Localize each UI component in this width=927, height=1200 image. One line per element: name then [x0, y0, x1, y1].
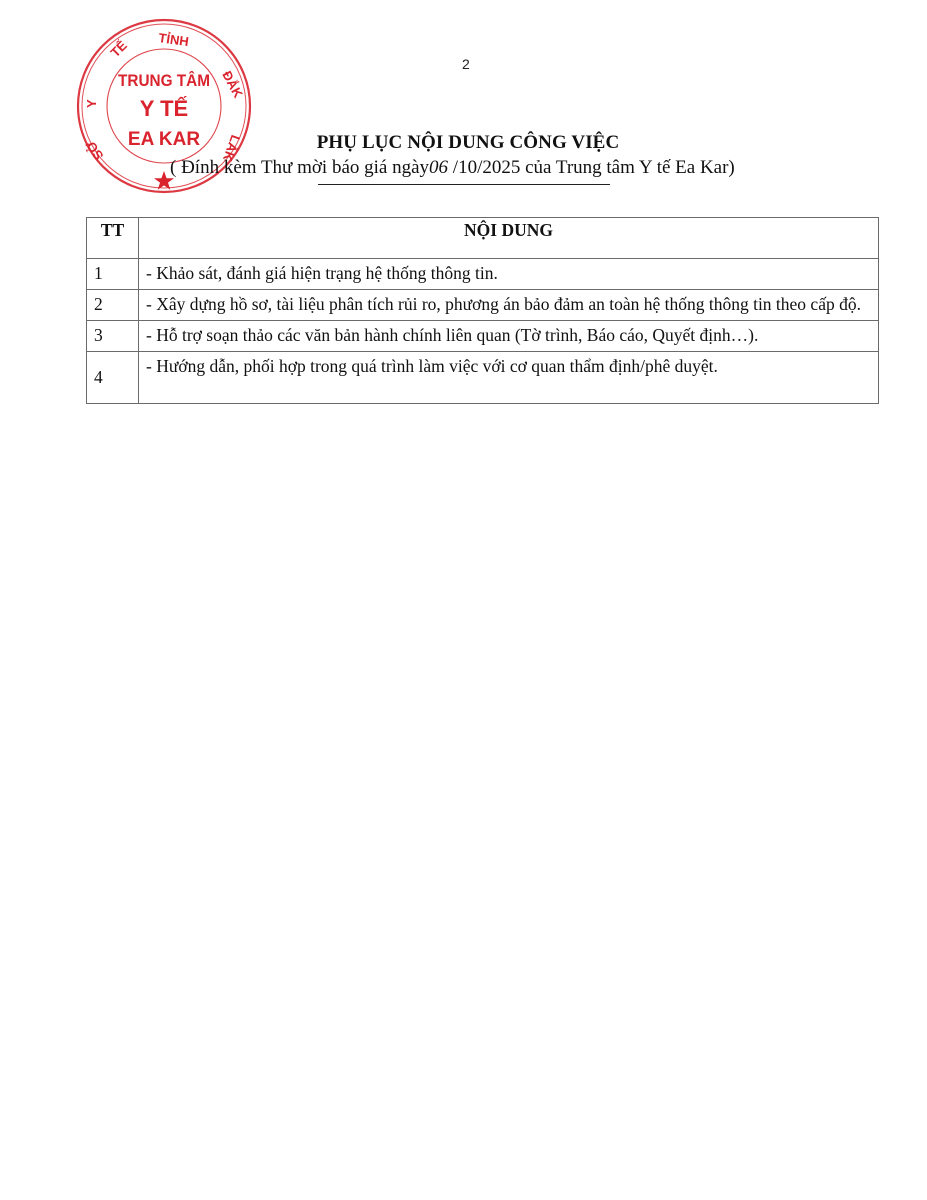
document-subtitle: ( Đính kèm Thư mời báo giá ngày06 /10/20… [170, 157, 735, 179]
table-row: 2 - Xây dựng hồ sơ, tài liệu phân tích r… [87, 290, 879, 321]
stamp-ring-te: TẾ [108, 38, 131, 61]
stamp-line-1: TRUNG TÂM [118, 71, 210, 90]
row-content: - Hỗ trợ soạn thảo các văn bản hành chín… [139, 321, 879, 352]
stamp-ring-dak: ĐẮK [219, 68, 246, 100]
stamp-line-2: Y TẾ [140, 96, 189, 121]
row-number: 2 [87, 290, 139, 321]
row-content: - Xây dựng hồ sơ, tài liệu phân tích rủi… [139, 290, 879, 321]
stamp-ring-tinh: TỈNH [158, 30, 190, 49]
header-content: NỘI DUNG [139, 218, 879, 259]
table-row: 1 - Khảo sát, đánh giá hiện trạng hệ thố… [87, 259, 879, 290]
subtitle-prefix: ( Đính kèm Thư mời báo giá ngày [170, 157, 429, 178]
page-number: 2 [462, 56, 470, 72]
row-content: - Khảo sát, đánh giá hiện trạng hệ thống… [139, 259, 879, 290]
row-number: 1 [87, 259, 139, 290]
table-header-row: TT NỘI DUNG [87, 218, 879, 259]
row-content: - Hướng dẫn, phối hợp trong quá trình là… [139, 352, 879, 404]
document-title: PHỤ LỤC NỘI DUNG CÔNG VIỆC [0, 132, 927, 154]
title-underline [318, 184, 610, 185]
row-number: 3 [87, 321, 139, 352]
row-number: 4 [87, 352, 139, 404]
subtitle-date-day: 06 [429, 157, 448, 178]
table-row: 3 - Hỗ trợ soạn thảo các văn bản hành ch… [87, 321, 879, 352]
stamp-ring-y: Y [84, 99, 99, 108]
subtitle-suffix: /10/2025 của Trung tâm Y tế Ea Kar) [448, 157, 735, 178]
header-tt: TT [87, 218, 139, 259]
work-content-table: TT NỘI DUNG 1 - Khảo sát, đánh giá hiện … [86, 217, 879, 404]
table-row: 4 - Hướng dẫn, phối hợp trong quá trình … [87, 352, 879, 404]
